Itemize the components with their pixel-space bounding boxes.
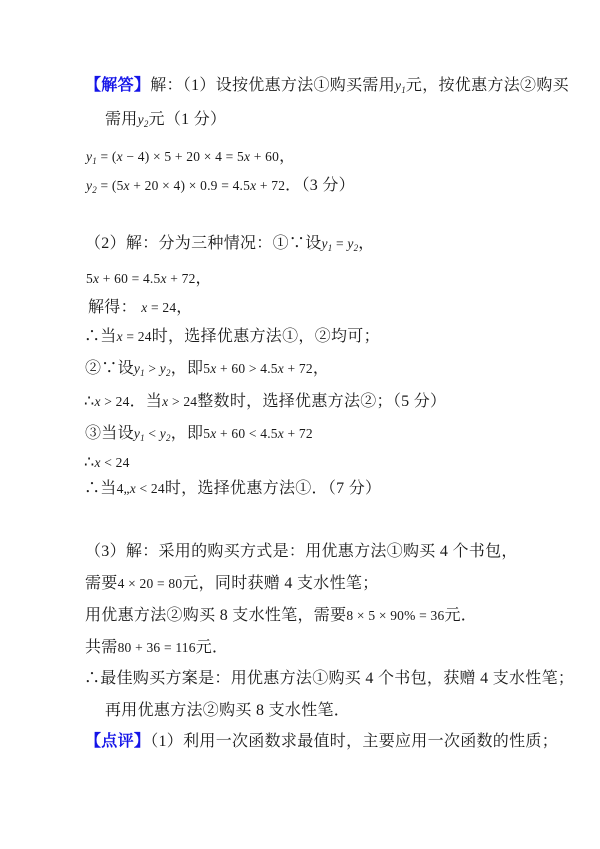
math-expression: y1: [395, 78, 406, 93]
math-expression: x = 24: [141, 300, 176, 315]
section-label: 【点评】: [85, 733, 150, 750]
cn-text: （1）利用一次函数求最值时，主要应用一次函数的性质；: [150, 733, 558, 750]
cn-text: ，即: [171, 360, 204, 377]
cn-text: ∴最佳购买方案是：用优惠方法①购买 4 个书包，获赠 4 支水性笔；: [84, 670, 574, 687]
cn-text: 整数时，选择优惠方法②；（5 分）: [197, 393, 446, 410]
math-expression: y1 > y2: [134, 361, 171, 376]
text-line-18: ∴最佳购买方案是：用优惠方法①购买 4 个书包，获赠 4 支水性笔；: [84, 668, 574, 690]
math-expression: x > 24: [162, 394, 197, 409]
cn-text: ，: [176, 299, 192, 316]
cn-text: ③当设: [85, 425, 134, 442]
math-expression: y1 < y2: [134, 426, 171, 441]
text-line-8: ∴当x = 24时，选择优惠方法①，②均可；: [84, 326, 380, 348]
cn-text: ，即: [171, 425, 204, 442]
math-expression: 4„x < 24: [117, 481, 165, 496]
cn-text: 解：（1）设按优惠方法①购买需用: [150, 77, 395, 94]
cn-text: 元，按优惠方法②购买: [406, 77, 569, 94]
cn-text: ．（3 分）: [285, 177, 355, 194]
cn-text: ∴: [84, 454, 94, 471]
text-line-1: 【解答】解：（1）设按优惠方法①购买需用y1元，按优惠方法②购买: [85, 75, 569, 97]
math-expression: 80 + 36 = 116: [118, 640, 196, 655]
math-expression: x < 24: [94, 455, 129, 470]
text-line-19: 再用优惠方法②购买 8 支水性笔．: [105, 700, 350, 722]
cn-text: 元（1 分）: [149, 111, 227, 128]
math-expression: y2 = (5x + 20 × 4) × 0.9 = 4.5x + 72: [86, 178, 285, 193]
text-line-13: ∴当4„x < 24时，选择优惠方法①．（7 分）: [84, 478, 381, 500]
cn-text: 元．: [444, 607, 477, 624]
math-expression: 8 × 5 × 90% = 36: [346, 608, 444, 623]
text-line-5: （2）解：分为三种情况：①∵设y1 = y2，: [85, 233, 375, 255]
document-page: 【解答】解：（1）设按优惠方法①购买需用y1元，按优惠方法②购买需用y2元（1 …: [0, 0, 600, 849]
text-line-16: 用优惠方法②购买 8 支水性笔，需要8 × 5 × 90% = 36元．: [85, 605, 477, 627]
text-line-17: 共需80 + 36 = 116元．: [85, 637, 228, 659]
cn-text: ，: [196, 270, 212, 287]
cn-text: 解得：: [88, 299, 141, 316]
cn-text: ∴当: [84, 328, 117, 345]
cn-text: 共需: [85, 639, 118, 656]
section-label: 【解答】: [85, 77, 150, 94]
text-line-11: ③当设y1 < y2，即5x + 60 < 4.5x + 72: [85, 423, 313, 445]
cn-text: 用优惠方法②购买 8 支水性笔，需要: [85, 607, 346, 624]
cn-text: ∴当: [84, 480, 117, 497]
text-line-7: 解得： x = 24，: [88, 297, 193, 319]
cn-text: ．当: [130, 393, 163, 410]
text-line-20: 【点评】（1）利用一次函数求最值时，主要应用一次函数的性质；: [85, 731, 558, 753]
text-line-9: ②∵设y1 > y2，即5x + 60 > 4.5x + 72，: [85, 358, 329, 380]
cn-text: ∴: [84, 393, 94, 410]
cn-text: 时，选择优惠方法①，②均可；: [152, 328, 380, 345]
math-expression: x > 24: [94, 394, 129, 409]
math-expression: y2: [138, 112, 149, 127]
text-line-3: y1 = (x − 4) × 5 + 20 × 4 = 5x + 60，: [86, 146, 295, 168]
math-expression: 4 × 20 = 80: [118, 576, 183, 591]
math-expression: y1 = y2: [322, 236, 359, 251]
cn-text: ，: [313, 360, 329, 377]
cn-text: 元，同时获赠 4 支水性笔；: [182, 575, 378, 592]
cn-text: 时，选择优惠方法①．（7 分）: [165, 480, 382, 497]
cn-text: 需要: [85, 575, 118, 592]
text-line-2: 需用y2元（1 分）: [105, 109, 226, 131]
text-line-4: y2 = (5x + 20 × 4) × 0.9 = 4.5x + 72．（3 …: [86, 175, 355, 197]
text-line-12: ∴x < 24: [84, 452, 130, 474]
math-expression: 5x + 60 > 4.5x + 72: [203, 361, 313, 376]
text-line-6: 5x + 60 = 4.5x + 72，: [86, 268, 212, 290]
math-expression: 5x + 60 = 4.5x + 72: [86, 271, 196, 286]
cn-text: 元．: [196, 639, 229, 656]
cn-text: ，: [279, 148, 295, 165]
cn-text: （3）解：采用的购买方式是：用优惠方法①购买 4 个书包，: [85, 543, 518, 560]
math-expression: x = 24: [117, 329, 152, 344]
cn-text: （2）解：分为三种情况：①∵设: [85, 235, 322, 252]
cn-text: ，: [358, 235, 374, 252]
math-expression: y1 = (x − 4) × 5 + 20 × 4 = 5x + 60: [86, 149, 279, 164]
text-line-15: 需要4 × 20 = 80元，同时获赠 4 支水性笔；: [85, 573, 379, 595]
text-line-14: （3）解：采用的购买方式是：用优惠方法①购买 4 个书包，: [85, 541, 518, 563]
text-line-10: ∴x > 24．当x > 24整数时，选择优惠方法②；（5 分）: [84, 391, 446, 413]
cn-text: 需用: [105, 111, 138, 128]
math-expression: 5x + 60 < 4.5x + 72: [203, 426, 313, 441]
cn-text: ②∵设: [85, 360, 134, 377]
cn-text: 再用优惠方法②购买 8 支水性笔．: [105, 702, 350, 719]
